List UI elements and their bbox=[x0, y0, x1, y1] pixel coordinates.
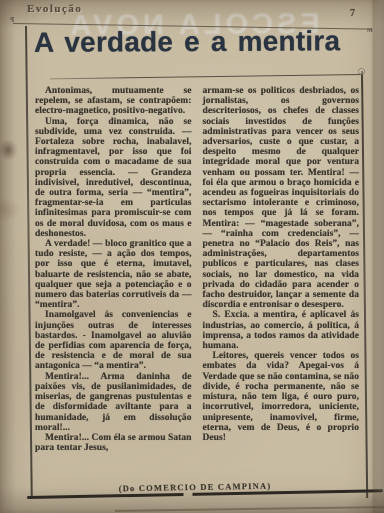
paragraph: armam-se os politicos desbriados, os jor… bbox=[203, 86, 360, 310]
paragraph: Mentira!... Arma daninha de paixões vis,… bbox=[35, 372, 192, 433]
column-right: armam-se os politicos desbriados, os jor… bbox=[203, 86, 360, 478]
paragraph: Leitores, quereis vencer todos os embate… bbox=[203, 351, 360, 443]
article-box-right-border bbox=[361, 71, 368, 498]
article-box-left-border bbox=[25, 26, 32, 497]
paragraph: Inamolgavel ás conveniencias e injunções… bbox=[35, 310, 192, 371]
masthead: Evolução bbox=[27, 3, 82, 15]
paragraph: S. Excia. a mentira, é aplicavel ás indu… bbox=[203, 310, 360, 351]
article-title: A verdade e a mentira bbox=[34, 25, 370, 59]
paragraph: Uma, força dinamica, não se subdivide, u… bbox=[35, 117, 192, 239]
paragraph: A verdade! — bloco granitico que a tudo … bbox=[35, 239, 192, 310]
paragraph: Antonimas, mutuamente se repelem, se afa… bbox=[35, 86, 192, 117]
column-left: Antonimas, mutuamente se repelem, se afa… bbox=[35, 86, 192, 478]
paragraph: Mentira!... Com éla se armou Satan para … bbox=[35, 433, 192, 453]
article-box-top-rule bbox=[50, 74, 362, 79]
bottom-rule-secondary bbox=[115, 506, 384, 511]
corner-mark bbox=[358, 68, 365, 75]
newspaper-page: ESCOLA NOVA Evolução 7 P M A verdade e a… bbox=[0, 0, 384, 513]
page-number: 7 bbox=[350, 8, 355, 19]
article-body: Antonimas, mutuamente se repelem, se afa… bbox=[35, 86, 359, 478]
